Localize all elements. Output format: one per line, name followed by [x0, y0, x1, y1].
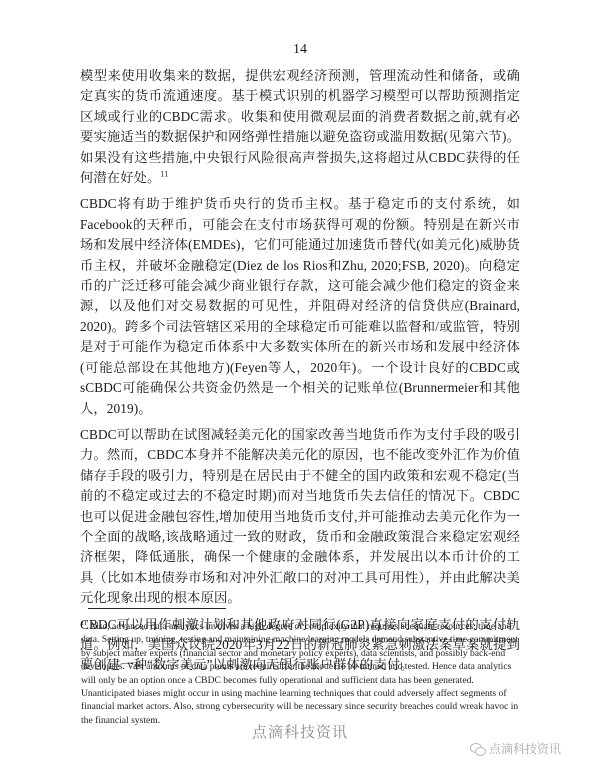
paragraph-data-analytics: 模型来使用收集来的数据，提供宏观经济预测，管理流动性和储备，或确定真实的货币流通… [80, 66, 520, 188]
wechat-icon [470, 742, 486, 756]
watermark-center: 点滴科技资讯 [0, 721, 600, 742]
watermark-corner-text: 点滴科技资讯 [489, 740, 561, 757]
footnote-reference[interactable]: 11 [160, 170, 168, 179]
paragraph-monetary-sovereignty: CBDC将有助于维护货币央行的货币主权。基于稳定币的支付系统，如Facebook… [80, 194, 520, 418]
page-number: 14 [0, 42, 600, 58]
paragraph-text: 模型来使用收集来的数据，提供宏观经济预测，管理流动性和储备，或确定真实的货币流通… [80, 68, 520, 185]
body-text: 模型来使用收集来的数据，提供宏观经济预测，管理流动性和储备，或确定真实的货币流通… [80, 66, 520, 682]
footnote-divider [88, 608, 226, 609]
footnote: 11 Also, advanced data analytics involve… [81, 620, 521, 727]
watermark-corner: 点滴科技资讯 [470, 740, 561, 757]
paragraph-dollarization: CBDC可以帮助在试图减轻美元化的国家改善当地货币作为支付手段的吸引力。然而，C… [80, 425, 520, 609]
footnote-text: Also, advanced data analytics involves a… [81, 621, 518, 726]
